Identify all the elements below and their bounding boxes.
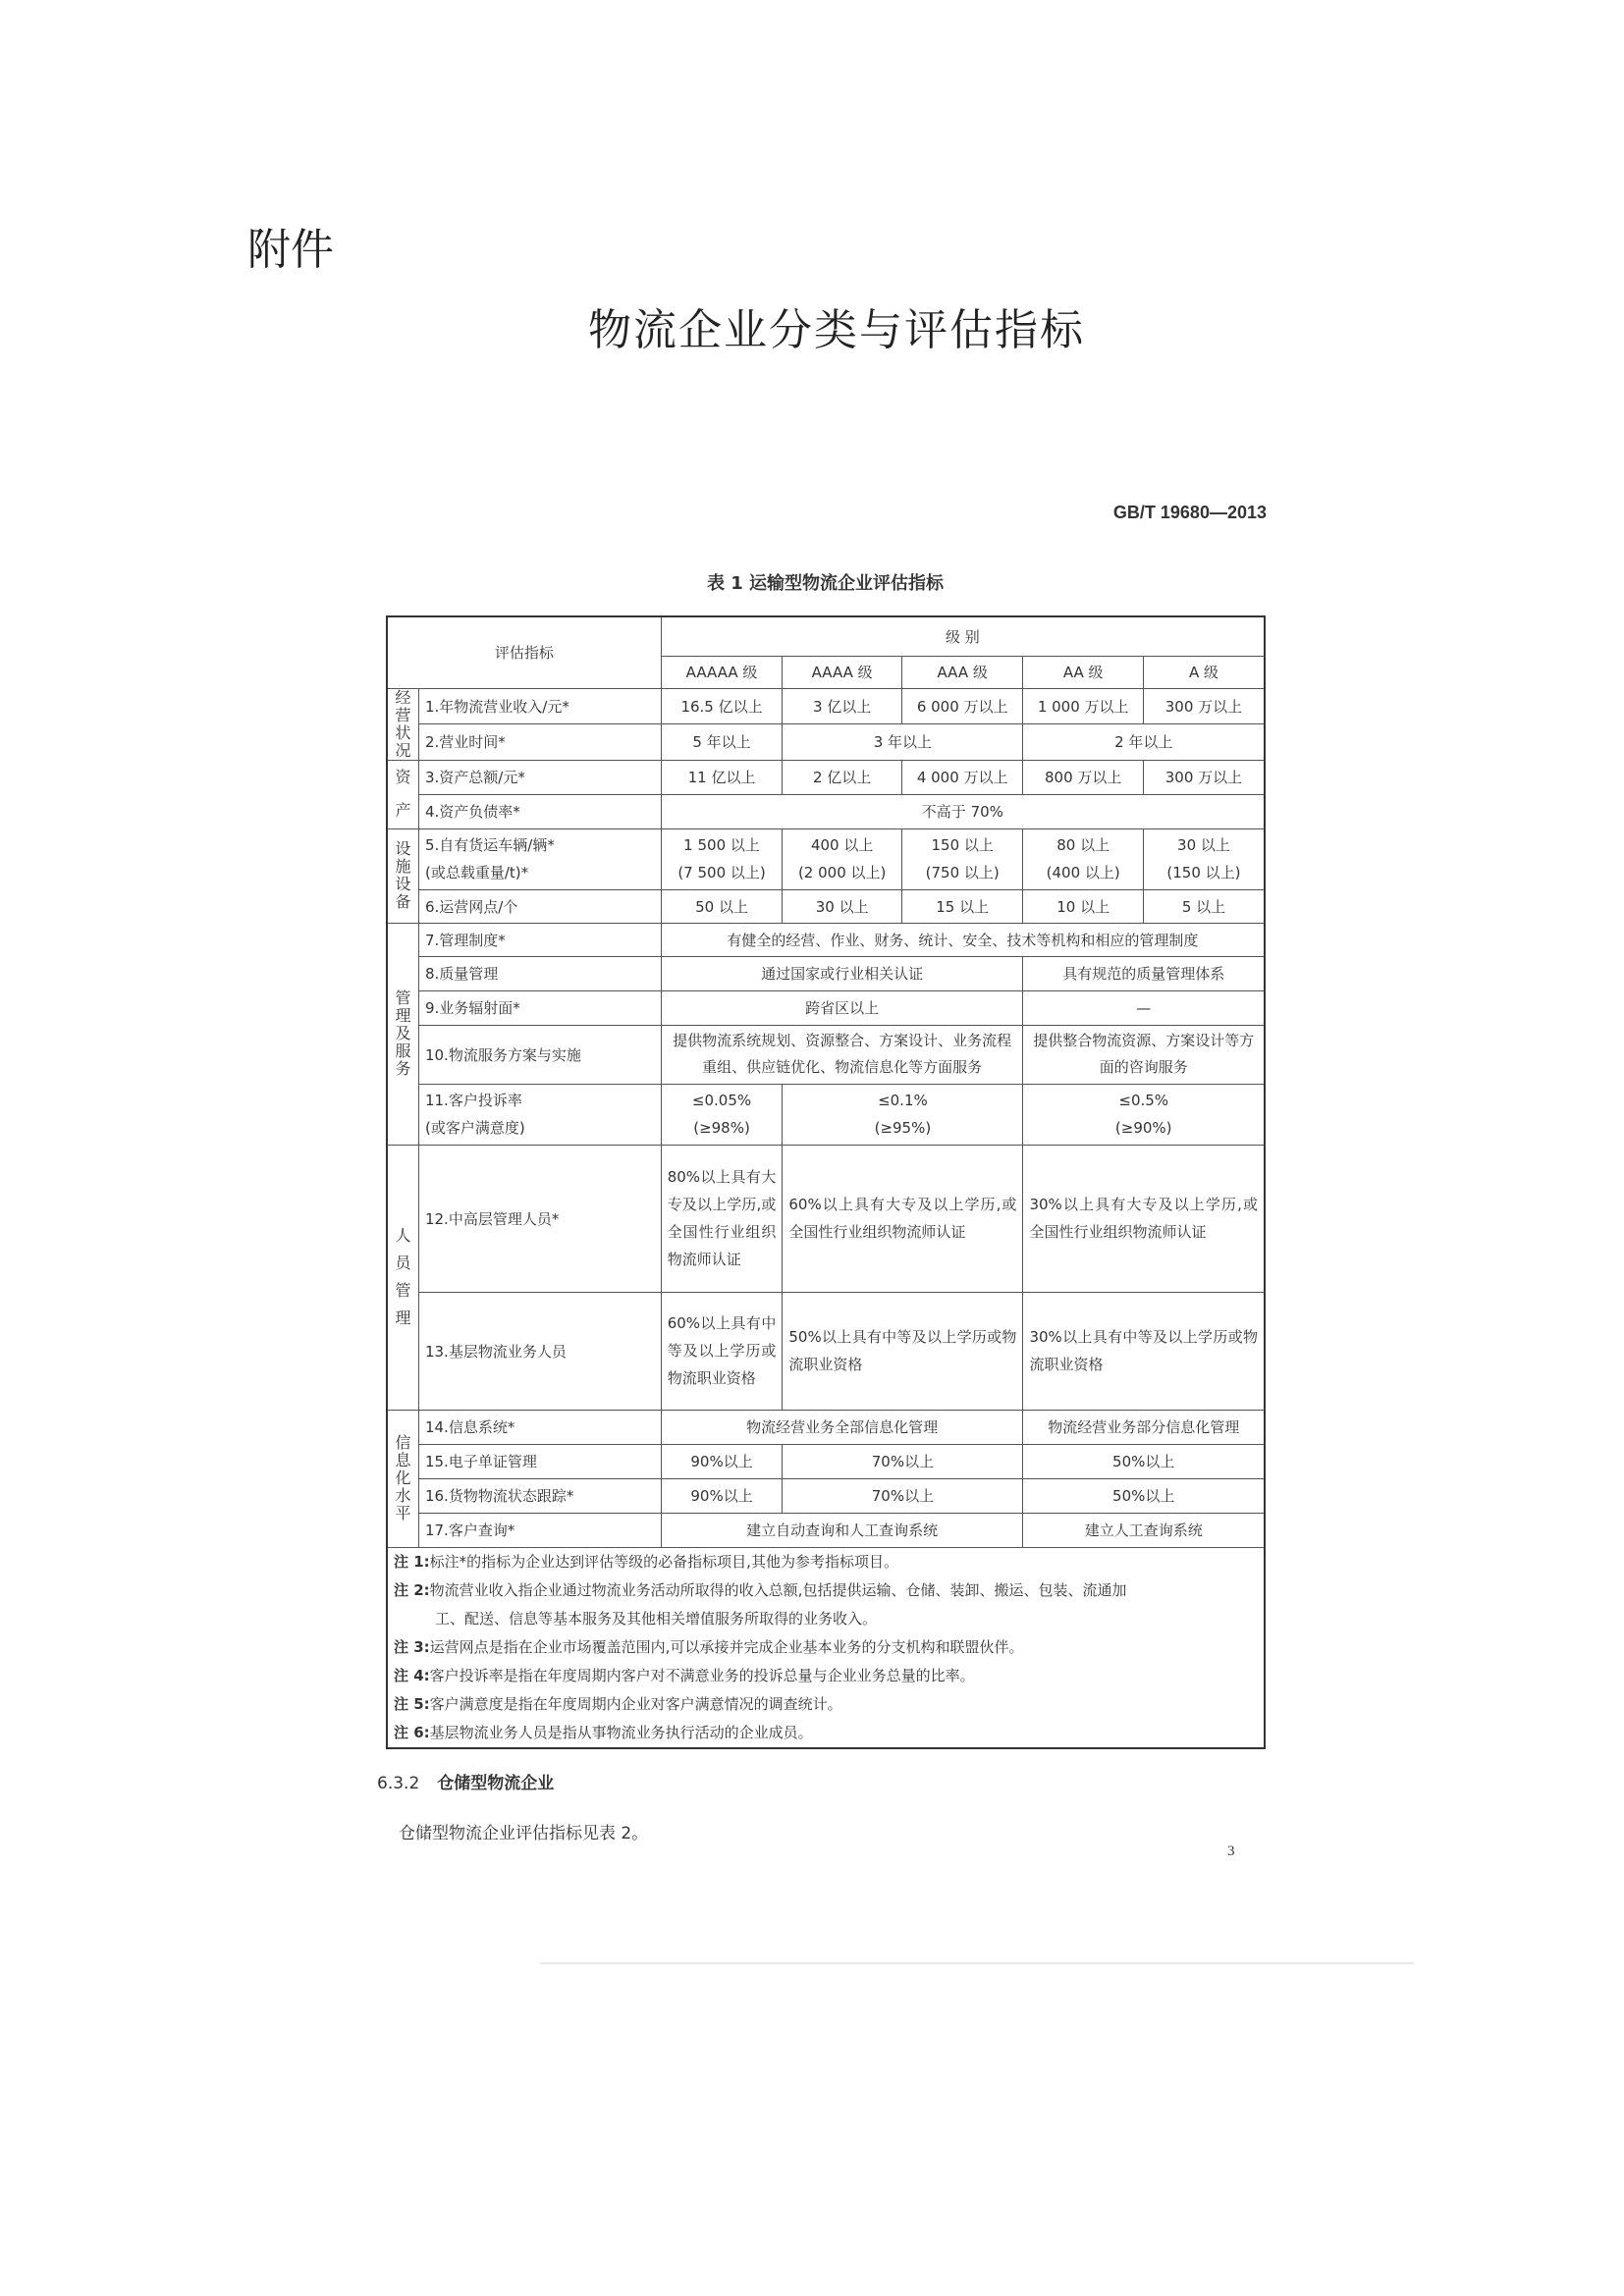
- value-line: ≤0.05%: [668, 1087, 777, 1114]
- indicator-cell: 1.年物流营业收入/元*: [418, 688, 661, 724]
- value-cell: 1 500 以上(7 500 以上): [661, 828, 783, 889]
- value-cell: 提供物流系统规划、资源整合、方案设计、业务流程重组、供应链优化、物流信息化等方面…: [661, 1025, 1023, 1084]
- value-cell: 400 以上(2 000 以上): [783, 828, 902, 889]
- value-cell: 16.5 亿以上: [661, 688, 783, 724]
- value-cell: 11 亿以上: [661, 760, 783, 794]
- value-cell: 5 年以上: [661, 724, 783, 761]
- table-notes: 注 1:标注*的指标为企业达到评估等级的必备指标项目,其他为参考指标项目。 注 …: [387, 1547, 1265, 1748]
- page-number: 3: [1227, 1843, 1235, 1860]
- table-row: 人员管理 12.中高层管理人员* 80%以上具有大专及以上学历,或全国性行业组织…: [387, 1145, 1265, 1292]
- indicator-cell: 9.业务辐射面*: [418, 990, 661, 1025]
- table-row: 8.质量管理 通过国家或行业相关认证 具有规范的质量管理体系: [387, 956, 1265, 990]
- note-3: 注 3:运营网点是指在企业市场覆盖范围内,可以承接并完成企业基本业务的分支机构和…: [394, 1633, 1258, 1662]
- value-cell: 物流经营业务全部信息化管理: [661, 1410, 1023, 1444]
- table-notes-row: 注 1:标注*的指标为企业达到评估等级的必备指标项目,其他为参考指标项目。 注 …: [387, 1547, 1265, 1748]
- value-cell: 50%以上: [1023, 1478, 1265, 1513]
- table-row: 16.货物物流状态跟踪* 90%以上 70%以上 50%以上: [387, 1478, 1265, 1513]
- table-header-row: 评估指标 级 别: [387, 616, 1265, 656]
- value-line: (≥95%): [788, 1114, 1016, 1142]
- attachment-label: 附件: [247, 214, 334, 277]
- table-row: 经营状况 1.年物流营业收入/元* 16.5 亿以上 3 亿以上 6 000 万…: [387, 688, 1265, 724]
- indicator-cell: 2.营业时间*: [418, 724, 661, 761]
- header-grade-aa: AA 级: [1023, 656, 1144, 688]
- value-cell: 提供整合物流资源、方案设计等方面的咨询服务: [1023, 1025, 1265, 1084]
- table-row: 管理及服务 7.管理制度* 有健全的经营、作业、财务、统计、安全、技术等机构和相…: [387, 923, 1265, 956]
- note-label: 注 2:: [394, 1581, 430, 1599]
- table-row: 9.业务辐射面* 跨省区以上 —: [387, 990, 1265, 1025]
- value-line: 1 500 以上: [668, 831, 777, 859]
- indicator-cell: 15.电子单证管理: [418, 1444, 661, 1478]
- value-cell: 50%以上具有中等及以上学历或物流职业资格: [783, 1292, 1023, 1410]
- value-line: ≤0.1%: [788, 1087, 1016, 1114]
- value-cell: 通过国家或行业相关认证: [661, 956, 1023, 990]
- value-cell: 2 年以上: [1023, 724, 1265, 761]
- note-1: 注 1:标注*的指标为企业达到评估等级的必备指标项目,其他为参考指标项目。: [394, 1548, 1258, 1576]
- indicator-cell: 4.资产负债率*: [418, 794, 661, 828]
- indicator-line: (或总载重量/t)*: [425, 859, 655, 886]
- indicator-cell: 17.客户查询*: [418, 1513, 661, 1547]
- value-cell: 60%以上具有中等及以上学历或物流职业资格: [661, 1292, 783, 1410]
- value-line: (400 以上): [1029, 859, 1137, 886]
- note-text: 基层物流业务人员是指从事物流业务执行活动的企业成员。: [430, 1724, 813, 1741]
- value-cell: 3 年以上: [783, 724, 1023, 761]
- table-row: 设施设备 5.自有货运车辆/辆* (或总载重量/t)* 1 500 以上(7 5…: [387, 828, 1265, 889]
- header-grade-a: A 级: [1143, 656, 1265, 688]
- indicator-line: 11.客户投诉率: [425, 1087, 655, 1114]
- value-cell: 90%以上: [661, 1478, 783, 1513]
- value-cell: 70%以上: [783, 1444, 1023, 1478]
- value-line: (7 500 以上): [668, 859, 777, 886]
- value-cell: 3 亿以上: [783, 688, 902, 724]
- value-cell: 物流经营业务部分信息化管理: [1023, 1410, 1265, 1444]
- note-5: 注 5:客户满意度是指在年度周期内企业对客户满意情况的调查统计。: [394, 1690, 1258, 1719]
- table-row: 4.资产负债率* 不高于 70%: [387, 794, 1265, 828]
- value-cell: 有健全的经营、作业、财务、统计、安全、技术等机构和相应的管理制度: [661, 923, 1265, 956]
- value-cell: 4 000 万以上: [901, 760, 1023, 794]
- value-cell: 跨省区以上: [661, 990, 1023, 1025]
- value-line: (2 000 以上): [788, 859, 895, 886]
- value-cell: 10 以上: [1023, 889, 1144, 923]
- indicator-line: (或客户满意度): [425, 1114, 655, 1142]
- header-grade-aaa: AAA 级: [901, 656, 1023, 688]
- value-cell: 2 亿以上: [783, 760, 902, 794]
- value-cell: 80 以上(400 以上): [1023, 828, 1144, 889]
- category-management: 管理及服务: [387, 923, 418, 1145]
- note-6: 注 6:基层物流业务人员是指从事物流业务执行活动的企业成员。: [394, 1719, 1258, 1747]
- note-label: 注 5:: [394, 1695, 430, 1713]
- value-cell: 300 万以上: [1143, 688, 1265, 724]
- indicator-cell: 11.客户投诉率 (或客户满意度): [418, 1084, 661, 1145]
- indicator-cell: 3.资产总额/元*: [418, 760, 661, 794]
- note-label: 注 6:: [394, 1724, 430, 1741]
- note-4: 注 4:客户投诉率是指在年度周期内客户对不满意业务的投诉总量与企业业务总量的比率…: [394, 1662, 1258, 1690]
- value-cell: 50%以上: [1023, 1444, 1265, 1478]
- value-cell: 90%以上: [661, 1444, 783, 1478]
- category-informatization: 信息化水平: [387, 1410, 418, 1547]
- value-cell: 70%以上: [783, 1478, 1023, 1513]
- indicator-cell: 5.自有货运车辆/辆* (或总载重量/t)*: [418, 828, 661, 889]
- category-facilities: 设施设备: [387, 828, 418, 923]
- value-line: 30 以上: [1150, 831, 1258, 859]
- note-2-continued: 工、配送、信息等基本服务及其他相关增值服务所取得的业务收入。: [394, 1605, 1258, 1633]
- header-grade-aaaaa: AAAAA 级: [661, 656, 783, 688]
- note-2: 注 2:物流营业收入指企业通过物流业务活动所取得的收入总额,包括提供运输、仓储、…: [394, 1576, 1258, 1605]
- indicator-cell: 8.质量管理: [418, 956, 661, 990]
- table-row: 2.营业时间* 5 年以上 3 年以上 2 年以上: [387, 724, 1265, 761]
- value-line: (750 以上): [908, 859, 1017, 886]
- note-label: 注 1:: [394, 1553, 430, 1571]
- scan-artifact-line: [540, 1962, 1414, 1964]
- indicator-cell: 16.货物物流状态跟踪*: [418, 1478, 661, 1513]
- value-cell: 50 以上: [661, 889, 783, 923]
- value-cell: 6 000 万以上: [901, 688, 1023, 724]
- table-row: 11.客户投诉率 (或客户满意度) ≤0.05%(≥98%) ≤0.1%(≥95…: [387, 1084, 1265, 1145]
- value-cell: 5 以上: [1143, 889, 1265, 923]
- value-cell: ≤0.05%(≥98%): [661, 1084, 783, 1145]
- indicator-cell: 6.运营网点/个: [418, 889, 661, 923]
- value-cell: 80%以上具有大专及以上学历,或全国性行业组织物流师认证: [661, 1145, 783, 1292]
- value-cell: 30%以上具有中等及以上学历或物流职业资格: [1023, 1292, 1265, 1410]
- value-line: 400 以上: [788, 831, 895, 859]
- value-cell: 建立人工查询系统: [1023, 1513, 1265, 1547]
- value-line: ≤0.5%: [1029, 1087, 1258, 1114]
- indicator-cell: 7.管理制度*: [418, 923, 661, 956]
- section-heading: 6.3.2仓储型物流企业: [377, 1769, 554, 1793]
- value-cell: 60%以上具有大专及以上学历,或全国性行业组织物流师认证: [783, 1145, 1023, 1292]
- value-line: (≥90%): [1029, 1114, 1258, 1142]
- indicator-cell: 13.基层物流业务人员: [418, 1292, 661, 1410]
- value-line: 150 以上: [908, 831, 1017, 859]
- indicator-cell: 12.中高层管理人员*: [418, 1145, 661, 1292]
- note-label: 注 3:: [394, 1638, 430, 1656]
- value-cell: —: [1023, 990, 1265, 1025]
- category-personnel: 人员管理: [387, 1145, 418, 1410]
- value-cell: 800 万以上: [1023, 760, 1144, 794]
- category-assets: 资产: [387, 760, 418, 828]
- value-line: (≥98%): [668, 1114, 777, 1142]
- evaluation-table: 评估指标 级 别 AAAAA 级 AAAA 级 AAA 级 AA 级 A 级 经…: [386, 615, 1266, 1749]
- value-line: 80 以上: [1029, 831, 1137, 859]
- table-row: 6.运营网点/个 50 以上 30 以上 15 以上 10 以上 5 以上: [387, 889, 1265, 923]
- value-cell: 1 000 万以上: [1023, 688, 1144, 724]
- value-cell: 150 以上(750 以上): [901, 828, 1023, 889]
- section-body: 仓储型物流企业评估指标见表 2。: [399, 1819, 648, 1843]
- table-row: 资产 3.资产总额/元* 11 亿以上 2 亿以上 4 000 万以上 800 …: [387, 760, 1265, 794]
- header-grade-group: 级 别: [661, 616, 1265, 656]
- value-cell: 300 万以上: [1143, 760, 1265, 794]
- note-text: 运营网点是指在企业市场覆盖范围内,可以承接并完成企业基本业务的分支机构和联盟伙伴…: [430, 1638, 1024, 1656]
- value-cell: 建立自动查询和人工查询系统: [661, 1513, 1023, 1547]
- note-text: 客户投诉率是指在年度周期内客户对不满意业务的投诉总量与企业业务总量的比率。: [430, 1667, 975, 1684]
- indicator-cell: 14.信息系统*: [418, 1410, 661, 1444]
- note-text: 物流营业收入指企业通过物流业务活动所取得的收入总额,包括提供运输、仓储、装卸、搬…: [430, 1581, 1127, 1599]
- value-cell: 不高于 70%: [661, 794, 1265, 828]
- section-number: 6.3.2: [377, 1774, 419, 1793]
- value-line: (150 以上): [1150, 859, 1258, 886]
- value-cell: ≤0.5%(≥90%): [1023, 1084, 1265, 1145]
- document-title: 物流企业分类与评估指标: [0, 294, 1624, 357]
- table-row: 10.物流服务方案与实施 提供物流系统规划、资源整合、方案设计、业务流程重组、供…: [387, 1025, 1265, 1084]
- table-row: 15.电子单证管理 90%以上 70%以上 50%以上: [387, 1444, 1265, 1478]
- header-grade-aaaa: AAAA 级: [783, 656, 902, 688]
- table-title: 表 1 运输型物流企业评估指标: [386, 569, 1265, 595]
- note-label: 注 4:: [394, 1667, 430, 1684]
- value-cell: 30 以上: [783, 889, 902, 923]
- value-cell: 15 以上: [901, 889, 1023, 923]
- value-cell: ≤0.1%(≥95%): [783, 1084, 1023, 1145]
- table-row: 17.客户查询* 建立自动查询和人工查询系统 建立人工查询系统: [387, 1513, 1265, 1547]
- note-text: 客户满意度是指在年度周期内企业对客户满意情况的调查统计。: [430, 1695, 842, 1713]
- note-text: 标注*的指标为企业达到评估等级的必备指标项目,其他为参考指标项目。: [430, 1553, 898, 1571]
- header-indicator: 评估指标: [387, 616, 661, 688]
- indicator-line: 5.自有货运车辆/辆*: [425, 831, 655, 859]
- value-cell: 具有规范的质量管理体系: [1023, 956, 1265, 990]
- value-cell: 30 以上(150 以上): [1143, 828, 1265, 889]
- indicator-cell: 10.物流服务方案与实施: [418, 1025, 661, 1084]
- value-cell: 30%以上具有大专及以上学历,或全国性行业组织物流师认证: [1023, 1145, 1265, 1292]
- section-title: 仓储型物流企业: [437, 1774, 554, 1793]
- category-operation: 经营状况: [387, 688, 418, 760]
- category-assets-label: 资产: [394, 761, 412, 828]
- table-row: 信息化水平 14.信息系统* 物流经营业务全部信息化管理 物流经营业务部分信息化…: [387, 1410, 1265, 1444]
- standard-code: GB/T 19680—2013: [1080, 503, 1267, 523]
- table-row: 13.基层物流业务人员 60%以上具有中等及以上学历或物流职业资格 50%以上具…: [387, 1292, 1265, 1410]
